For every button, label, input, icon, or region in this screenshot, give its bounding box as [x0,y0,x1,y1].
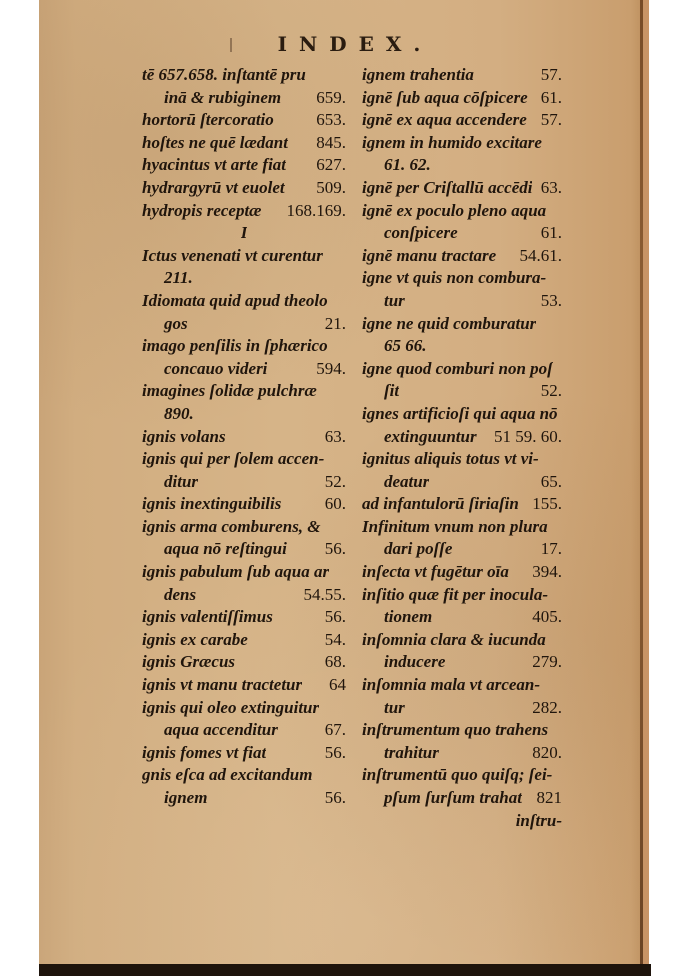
index-entry-text: tur [362,290,405,313]
index-entry-text: ignē ex aqua accendere [362,109,527,132]
index-entry-line: ignis qui oleo extinguitur [142,697,346,720]
index-entry-line: hyacintus vt arte fiat627. [142,154,346,177]
index-entry-line: ignē per Criſtallū accēdi63. [362,177,562,200]
index-entry-text: I [241,222,248,245]
index-entry-text: ad infantulorū ſiriaſin [362,493,519,516]
index-entry-text: inā & rubiginem [142,87,281,110]
index-entry-line: hydropis receptæ168.169. [142,200,346,223]
index-entry-text: inſtrumentum quo trahens [362,719,548,742]
index-entry-text: ignē ex poculo pleno aqua [362,200,546,223]
index-entry-text: ignē ſub aqua cōſpicere [362,87,528,110]
index-page-number: 60. [325,493,346,516]
index-entry-text: inſomnia clara & iucunda [362,629,546,652]
index-page-number: 627. [316,154,346,177]
index-entry-text: ignis pabulum ſub aqua ar [142,561,329,584]
index-entry-line: gnis eſca ad excitandum [142,764,346,787]
index-page-number: 155. [532,493,562,516]
index-entry-line: ignē ſub aqua cōſpicere61. [362,87,562,110]
index-entry-text: Ictus venenati vt curentur [142,245,323,268]
index-entry-line: tē 657.658. inſtantē pru [142,64,346,87]
index-entry-text: inſomnia mala vt arcean- [362,674,540,697]
index-page-number: 54. [325,629,346,652]
page-fore-edge [643,0,649,968]
index-page-number: 64 [329,674,346,697]
index-entry-line: concauo videri594. [142,358,346,381]
index-page-number: 63. [325,426,346,449]
index-entry-line: dari poſſe17. [362,538,562,561]
index-page-number: 394. [532,561,562,584]
index-entry-line: ignis qui per ſolem accen- [142,448,346,471]
index-entry-text: ignis fomes vt fiat [142,742,266,765]
index-entry-line: ignē manu tractare54.61. [362,245,562,268]
index-entry-text: inſitio quæ fit per inocula- [362,584,548,607]
index-entry-line: imago penſilis in ſphærico [142,335,346,358]
index-entry-line: aqua nō reſtingui56. [142,538,346,561]
index-page-number: 67. [325,719,346,742]
index-entry-line: ignis inextinguibilis60. [142,493,346,516]
index-entry-text: tē 657.658. inſtantē pru [142,64,306,87]
index-section-letter: I [142,222,346,245]
index-entry-line: inſomnia mala vt arcean- [362,674,562,697]
index-entry-line: inſomnia clara & iucunda [362,629,562,652]
index-entry-line: igne quod comburi non poſ [362,358,562,381]
index-entry-line: inā & rubiginem659. [142,87,346,110]
index-entry-text: igne ne quid comburatur [362,313,536,336]
index-entry-text: igne vt quis non combura- [362,267,546,290]
index-page-number: 653. [316,109,346,132]
index-entry-text: hydropis receptæ [142,200,261,223]
index-page-number: 509. [316,177,346,200]
index-entry-line: ditur52. [142,471,346,494]
index-entry-text: ignis valentiſſimus [142,606,273,629]
index-entry-line: inſtrumentū quo quiſq; ſei- [362,764,562,787]
index-page-number: 820. [532,742,562,765]
index-entry-text: ignis vt manu tractetur [142,674,302,697]
index-entry-line: tur53. [362,290,562,313]
index-entry-text: 61. 62. [362,154,431,177]
index-page-number: 56. [325,538,346,561]
index-entry-text: extinguuntur [362,426,477,449]
index-page-number: 65. [541,471,562,494]
index-entry-text: ignem in humido excitare [362,132,542,155]
index-entry-line: trahitur820. [362,742,562,765]
index-entry-line: igne vt quis non combura- [362,267,562,290]
index-entry-text: Infinitum vnum non plura [362,516,548,539]
index-entry-line: ignem in humido excitare [362,132,562,155]
index-entry-line: inſecta vt fugētur oīa394. [362,561,562,584]
index-page-number: 594. [316,358,346,381]
index-entry-line: pſum ſurſum trahat821 [362,787,562,810]
index-entry-line: deatur65. [362,471,562,494]
index-entry-text: ignem [142,787,207,810]
index-entry-text: aqua accenditur [142,719,278,742]
index-entry-text: ignem trahentia [362,64,474,87]
index-entry-line: ignis valentiſſimus56. [142,606,346,629]
index-page-number: 57. [541,109,562,132]
index-entry-line: inducere279. [362,651,562,674]
index-entry-text: pſum ſurſum trahat [362,787,522,810]
index-page-number: 52. [325,471,346,494]
index-entry-line: ignis arma comburens, & [142,516,346,539]
index-entry-text: ignē manu tractare [362,245,496,268]
index-page-number: 821 [537,787,563,810]
index-page-number: 51 59. 60. [494,426,562,449]
index-entry-line: ignis pabulum ſub aqua ar [142,561,346,584]
index-entry-text: conſpicere [362,222,458,245]
index-entry-text: 65 66. [362,335,427,358]
index-entry-text: Idiomata quid apud theolo [142,290,328,313]
index-entry-text: dari poſſe [362,538,452,561]
index-entry-text: ignis qui per ſolem accen- [142,448,324,471]
index-entry-line: ſit52. [362,380,562,403]
index-entry-text: inſtrumentū quo quiſq; ſei- [362,764,552,787]
index-page-number: 54.61. [520,245,563,268]
index-page-number: 61. [541,87,562,110]
index-entry-text: hortorū ſtercoratio [142,109,274,132]
index-entry-text: deatur [362,471,429,494]
index-entry-line: dens54.55. [142,584,346,607]
index-entry-text: ignis volans [142,426,226,449]
index-entry-line: extinguuntur51 59. 60. [362,426,562,449]
index-entry-text: inducere [362,651,445,674]
index-page-number: 56. [325,787,346,810]
index-page-number: 659. [316,87,346,110]
index-entry-text: ignis inextinguibilis [142,493,281,516]
index-entry-line: tionem405. [362,606,562,629]
index-page-number: 282. [532,697,562,720]
index-page-number: 56. [325,742,346,765]
index-entry-line: hoſtes ne quē lædant845. [142,132,346,155]
index-entry-line: ignem trahentia57. [362,64,562,87]
index-page-number: 279. [532,651,562,674]
index-entry-line: igne ne quid comburatur [362,313,562,336]
index-entry-line: Infinitum vnum non plura [362,516,562,539]
index-entry-text: ditur [142,471,198,494]
index-entry-text: tur [362,697,405,720]
index-entry-text: ignis Græcus [142,651,235,674]
index-entry-text: dens [142,584,196,607]
index-entry-line: ignē ex aqua accendere57. [362,109,562,132]
catchword: inſtru- [362,810,562,833]
index-entry-text: tionem [362,606,432,629]
index-entry-text: ignis qui oleo extinguitur [142,697,319,720]
index-entry-text: imagines ſolidæ pulchræ [142,380,317,403]
index-entry-line: inſitio quæ fit per inocula- [362,584,562,607]
index-entry-text: hydrargyrū vt euolet [142,177,285,200]
index-entry-line: Idiomata quid apud theolo [142,290,346,313]
index-page-number: 61. [541,222,562,245]
index-entry-text: hyacintus vt arte fiat [142,154,286,177]
index-page-number: 845. [316,132,346,155]
index-column-left: tē 657.658. inſtantē pruinā & rubiginem6… [142,64,346,810]
scan-bottom-edge [39,964,651,976]
index-entry-text: gnis eſca ad excitandum [142,764,312,787]
index-entry-line: aqua accenditur67. [142,719,346,742]
index-entry-text: ignē per Criſtallū accēdi [362,177,532,200]
index-page-number: 54.55. [304,584,347,607]
index-entry-text: gos [142,313,188,336]
index-entry-line: imagines ſolidæ pulchræ [142,380,346,403]
index-entry-text: imago penſilis in ſphærico [142,335,328,358]
index-entry-line: gos21. [142,313,346,336]
index-entry-line: 211. [142,267,346,290]
index-entry-text: trahitur [362,742,439,765]
index-entry-text: ignis arma comburens, & [142,516,321,539]
index-entry-line: ad infantulorū ſiriaſin155. [362,493,562,516]
index-page-number: 56. [325,606,346,629]
index-page-number: 63. [541,177,562,200]
index-entry-text: hoſtes ne quē lædant [142,132,288,155]
index-page-number: 17. [541,538,562,561]
index-entry-line: Ictus venenati vt curentur [142,245,346,268]
index-page-number: 52. [541,380,562,403]
index-entry-line: conſpicere61. [362,222,562,245]
catchword-text: inſtru- [516,810,562,833]
index-entry-line: ignis ex carabe54. [142,629,346,652]
index-page-number: 53. [541,290,562,313]
index-entry-text: 890. [142,403,194,426]
index-column-right: ignem trahentia57.ignē ſub aqua cōſpicer… [362,64,562,832]
index-entry-line: hydrargyrū vt euolet509. [142,177,346,200]
index-page-number: 21. [325,313,346,336]
index-entry-line: ignē ex poculo pleno aqua [362,200,562,223]
index-entry-text: ignitus aliquis totus vt vi- [362,448,539,471]
index-entry-line: 65 66. [362,335,562,358]
index-entry-text: aqua nō reſtingui [142,538,287,561]
index-entry-text: ſit [362,380,399,403]
index-entry-line: ignis fomes vt fiat56. [142,742,346,765]
index-page-number: 168.169. [287,200,347,223]
index-entry-text: ignis ex carabe [142,629,248,652]
index-entry-text: igne quod comburi non poſ [362,358,553,381]
index-entry-line: inſtrumentum quo trahens [362,719,562,742]
index-entry-line: ignes artificioſi qui aqua nō [362,403,562,426]
index-entry-line: ignis vt manu tractetur64 [142,674,346,697]
index-entry-line: ignis Græcus68. [142,651,346,674]
index-entry-line: ignis volans63. [142,426,346,449]
index-entry-text: ignes artificioſi qui aqua nō [362,403,558,426]
index-entry-line: hortorū ſtercoratio653. [142,109,346,132]
index-page-number: 68. [325,651,346,674]
index-entry-text: inſecta vt fugētur oīa [362,561,509,584]
index-page-number: 405. [532,606,562,629]
index-entry-text: 211. [142,267,193,290]
index-entry-line: tur282. [362,697,562,720]
index-entry-line: ignitus aliquis totus vt vi- [362,448,562,471]
index-entry-line: 890. [142,403,346,426]
index-page-number: 57. [541,64,562,87]
page-title: INDEX. [130,32,580,56]
index-entry-text: concauo videri [142,358,267,381]
index-entry-line: ignem56. [142,787,346,810]
index-entry-line: 61. 62. [362,154,562,177]
